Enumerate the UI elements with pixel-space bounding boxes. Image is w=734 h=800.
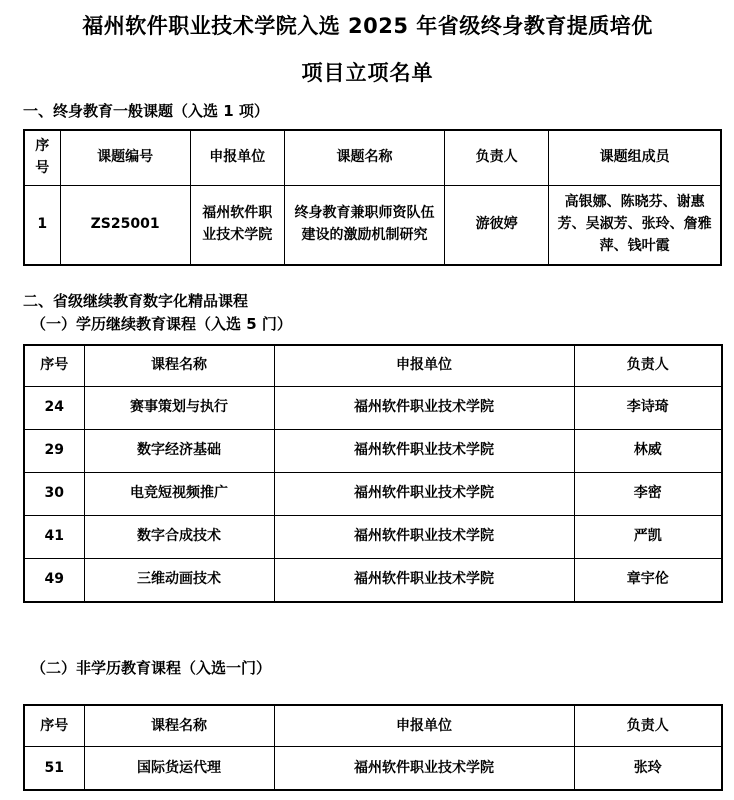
table-row: 29 数字经济基础 福州软件职业技术学院 林威: [24, 429, 722, 472]
cell-leader: 章宇伦: [574, 558, 722, 602]
nondegree-table-header: 序号 课程名称 申报单位 负责人: [24, 705, 722, 747]
cell-course-name: 国际货运代理: [84, 747, 274, 791]
section2-heading: 二、省级继续教育数字化精品课程: [23, 292, 712, 312]
cell-course-name: 三维动画技术: [84, 558, 274, 602]
cell-unit: 福州软件职业技术学院: [274, 472, 574, 515]
topic-table: 序号 课题编号 申报单位 课题名称 负责人 课题组成员 1 ZS25001 福州…: [23, 129, 722, 266]
table-row: 49 三维动画技术 福州软件职业技术学院 章宇伦: [24, 558, 722, 602]
cell-leader: 张玲: [574, 747, 722, 791]
table-row: 24 赛事策划与执行 福州软件职业技术学院 李诗琦: [24, 386, 722, 429]
cell-index: 1: [24, 185, 60, 265]
col-header-topic-code: 课题编号: [60, 130, 190, 186]
cell-leader: 林威: [574, 429, 722, 472]
cell-unit: 福州软件职业技术学院: [274, 515, 574, 558]
topic-table-header: 序号 课题编号 申报单位 课题名称 负责人 课题组成员: [24, 130, 721, 186]
cell-topic-code: ZS25001: [60, 185, 190, 265]
cell-unit: 福州软件职业技术学院: [274, 747, 574, 791]
col-header-leader: 负责人: [445, 130, 549, 186]
col-header-unit: 申报单位: [274, 345, 574, 387]
col-header-index: 序号: [24, 130, 60, 186]
table-header-row: 序号 课题编号 申报单位 课题名称 负责人 课题组成员: [24, 130, 721, 186]
cell-index: 49: [24, 558, 84, 602]
cell-course-name: 电竞短视频推广: [84, 472, 274, 515]
table-row: 30 电竞短视频推广 福州软件职业技术学院 李密: [24, 472, 722, 515]
cell-topic-name: 终身教育兼职师资队伍建设的激励机制研究: [284, 185, 444, 265]
cell-leader: 李密: [574, 472, 722, 515]
table-row: 41 数字合成技术 福州软件职业技术学院 严凯: [24, 515, 722, 558]
col-header-members: 课题组成员: [549, 130, 721, 186]
cell-leader: 游彼婷: [445, 185, 549, 265]
cell-members: 高银娜、陈晓芬、谢惠芳、吴淑芳、张玲、詹雅萍、钱叶霞: [549, 185, 721, 265]
col-header-course-name: 课程名称: [84, 345, 274, 387]
cell-unit: 福州软件职业技术学院: [274, 558, 574, 602]
section1-heading: 一、终身教育一般课题（入选 1 项）: [23, 102, 712, 122]
col-header-unit: 申报单位: [274, 705, 574, 747]
cell-course-name: 数字合成技术: [84, 515, 274, 558]
col-header-unit: 申报单位: [190, 130, 284, 186]
cell-index: 24: [24, 386, 84, 429]
page-title-line1: 福州软件职业技术学院入选 2025 年省级终身教育提质培优: [23, 12, 712, 40]
col-header-topic-name: 课题名称: [284, 130, 444, 186]
cell-unit: 福州软件职业技术学院: [274, 386, 574, 429]
table-row: 51 国际货运代理 福州软件职业技术学院 张玲: [24, 747, 722, 791]
table-row: 1 ZS25001 福州软件职业技术学院 终身教育兼职师资队伍建设的激励机制研究…: [24, 185, 721, 265]
cell-index: 29: [24, 429, 84, 472]
col-header-leader: 负责人: [574, 345, 722, 387]
cell-index: 41: [24, 515, 84, 558]
section2b-heading: （二）非学历教育课程（入选一门）: [23, 659, 712, 679]
degree-course-table: 序号 课程名称 申报单位 负责人 24 赛事策划与执行 福州软件职业技术学院 李…: [23, 344, 723, 603]
cell-index: 30: [24, 472, 84, 515]
cell-index: 51: [24, 747, 84, 791]
section2a-heading: （一）学历继续教育课程（入选 5 门）: [23, 315, 712, 335]
cell-unit: 福州软件职业技术学院: [274, 429, 574, 472]
document-page: 福州软件职业技术学院入选 2025 年省级终身教育提质培优 项目立项名单 一、终…: [0, 0, 734, 800]
cell-unit: 福州软件职业技术学院: [190, 185, 284, 265]
degree-table-header: 序号 课程名称 申报单位 负责人: [24, 345, 722, 387]
col-header-leader: 负责人: [574, 705, 722, 747]
cell-leader: 严凯: [574, 515, 722, 558]
page-title-line2: 项目立项名单: [23, 57, 712, 87]
cell-course-name: 数字经济基础: [84, 429, 274, 472]
nondegree-course-table: 序号 课程名称 申报单位 负责人 51 国际货运代理 福州软件职业技术学院 张玲: [23, 704, 723, 791]
cell-leader: 李诗琦: [574, 386, 722, 429]
cell-course-name: 赛事策划与执行: [84, 386, 274, 429]
table-header-row: 序号 课程名称 申报单位 负责人: [24, 345, 722, 387]
col-header-index: 序号: [24, 705, 84, 747]
col-header-index: 序号: [24, 345, 84, 387]
col-header-course-name: 课程名称: [84, 705, 274, 747]
table-header-row: 序号 课程名称 申报单位 负责人: [24, 705, 722, 747]
